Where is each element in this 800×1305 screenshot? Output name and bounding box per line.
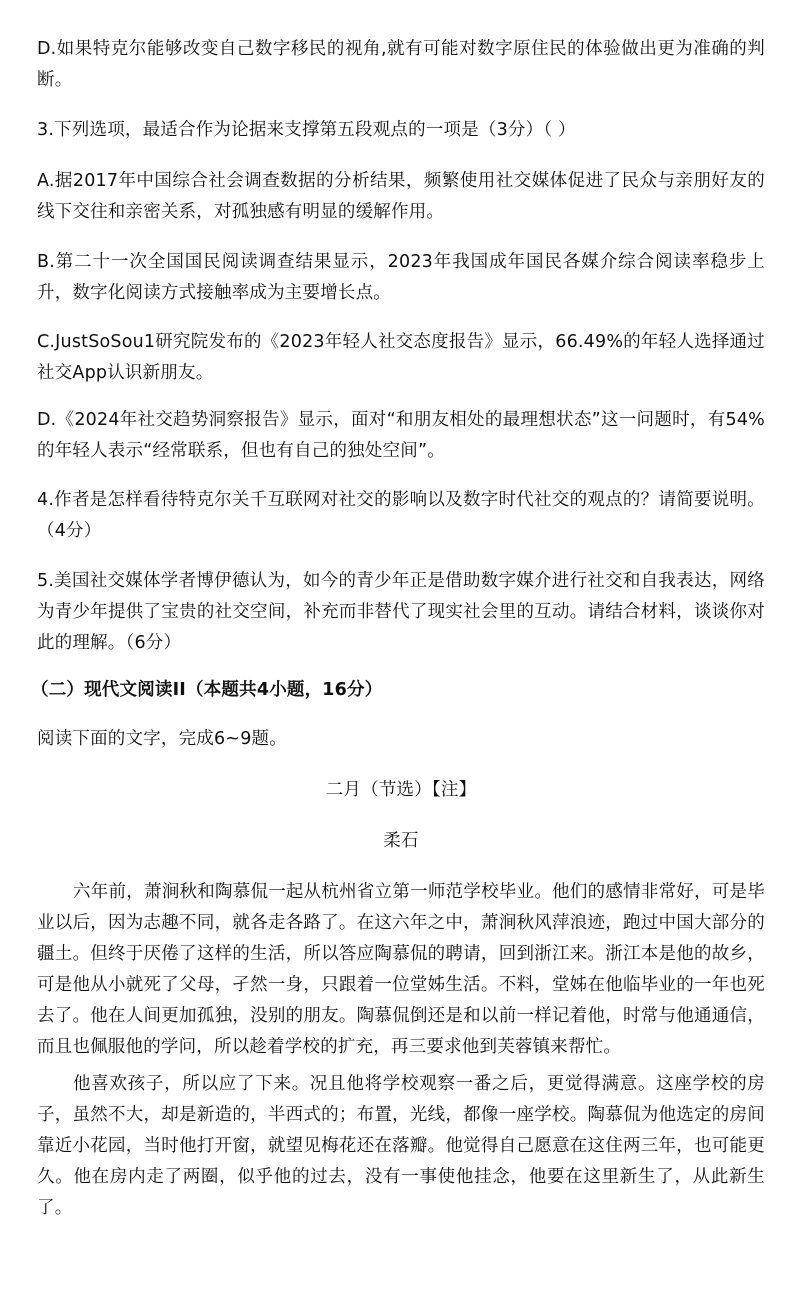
- question-2-option-d: D.如果特克尔能够改变自己数字移民的视角,就有可能对数字原住民的体验做出更为准确…: [37, 34, 765, 96]
- question-3-option-c: C.JustSoSou1研究院发布的《2023年轻人社交态度报告》显示，66.4…: [37, 327, 765, 389]
- passage-title: 二月（节选）【注】: [37, 775, 765, 806]
- section-heading: （二）现代文阅读II（本题共4小题，16分）: [31, 675, 759, 706]
- passage-paragraph-2: 他喜欢孩子，所以应了下来。况且他将学校观察一番之后，更觉得满意。这座学校的房子，…: [37, 1069, 765, 1224]
- passage-author: 柔石: [37, 826, 765, 857]
- question-5: 5.美国社交媒体学者博伊德认为，如今的青少年正是借助数字媒介进行社交和自我表达，…: [37, 566, 765, 659]
- question-3-stem: 3.下列选项，最适合作为论据来支撑第五段观点的一项是（3分）（ ）: [37, 115, 765, 146]
- question-3-option-b: B.第二十一次全国国民阅读调查结果显示，2023年我国成年国民各媒介综合阅读率稳…: [37, 247, 765, 309]
- question-4: 4.作者是怎样看待特克尔关千互联网对社交的影响以及数字时代社交的观点的？请简要说…: [37, 485, 765, 547]
- passage-paragraph-1: 六年前，萧涧秋和陶慕侃一起从杭州省立第一师范学校毕业。他们的感情非常好，可是毕业…: [37, 877, 765, 1063]
- question-3-option-a: A.据2017年中国综合社会调查数据的分析结果，频繁使用社交媒体促进了民众与亲朋…: [37, 166, 765, 228]
- reading-instruction: 阅读下面的文字，完成6~9题。: [37, 724, 765, 755]
- question-3-option-d: D.《2024年社交趋势洞察报告》显示，面对“和朋友相处的最理想状态”这一问题时…: [37, 405, 765, 467]
